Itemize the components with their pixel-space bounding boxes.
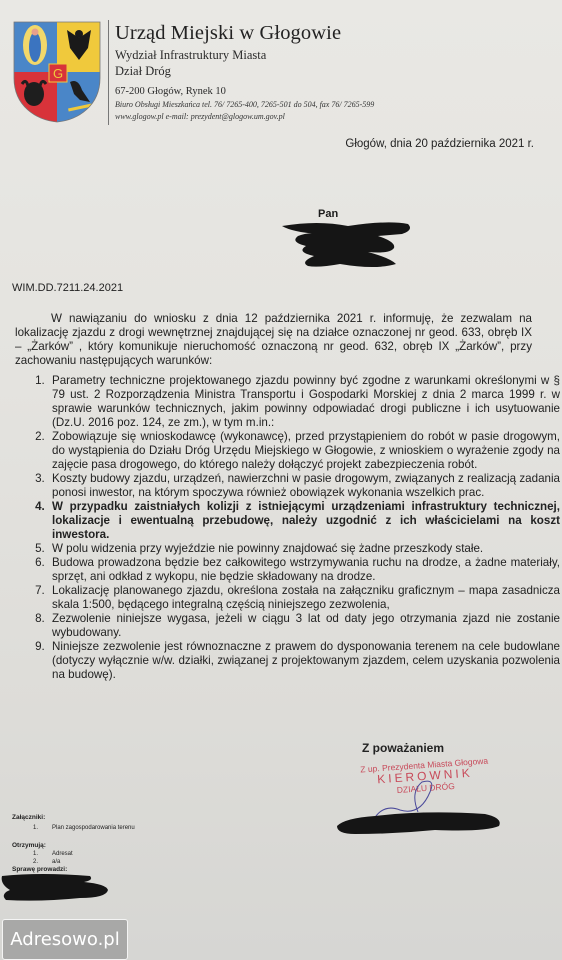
office-name: Urząd Miejski w Głogowie <box>115 22 341 45</box>
condition-item: Budowa prowadzona będzie bez całkowitego… <box>48 556 560 584</box>
header-divider <box>108 20 109 125</box>
conditions-list: Parametry techniczne projektowanego zjaz… <box>20 374 560 682</box>
handler-redaction <box>0 870 112 902</box>
division-name: Dział Dróg <box>115 64 171 79</box>
recipient-number: 2. <box>33 859 38 865</box>
department-name: Wydział Infrastruktury Miasta <box>115 48 266 63</box>
closing-phrase: Z poważaniem <box>362 741 444 755</box>
coat-of-arms-icon: G <box>12 20 102 124</box>
office-phone: Biuro Obsługi Mieszkańca tel. 76/ 7265-4… <box>115 100 374 109</box>
recipient-item: a/a <box>52 859 60 865</box>
condition-item: Parametry techniczne projektowanego zjaz… <box>48 374 560 430</box>
attachment-number: 1. <box>33 825 38 831</box>
recipients-heading: Otrzymują: <box>12 842 46 849</box>
signature-redaction <box>335 808 505 836</box>
condition-item: Niniejsze zezwolenie jest równoznaczne z… <box>48 640 560 682</box>
condition-item-bold: W przypadku zaistniałych kolizji z istni… <box>48 500 560 542</box>
recipient-item: Adresat <box>52 851 73 857</box>
attachment-item: Plan zagospodarowania terenu <box>52 825 135 831</box>
reference-number: WIM.DD.7211.24.2021 <box>12 282 123 294</box>
condition-item: Lokalizację planowanego zjazdu, określon… <box>48 584 560 612</box>
condition-item: W polu widzenia przy wyjeździe nie powin… <box>48 542 560 556</box>
condition-item: Zezwolenie niniejsze wygasa, jeżeli w ci… <box>48 612 560 640</box>
office-web: www.glogow.pl e-mail: prezydent@glogow.u… <box>115 112 285 121</box>
recipient-redaction <box>278 218 416 270</box>
document-date: Głogów, dnia 20 października 2021 r. <box>345 138 534 150</box>
watermark-badge: Adresowo.pl <box>2 919 128 960</box>
condition-item: Zobowiązuje się wnioskodawcę (wykonawcę)… <box>48 430 560 472</box>
attachments-heading: Załączniki: <box>12 814 45 821</box>
svg-text:G: G <box>53 66 63 81</box>
condition-item: Koszty budowy zjazdu, urządzeń, nawierzc… <box>48 472 560 500</box>
recipient-number: 1. <box>33 851 38 857</box>
office-address: 67-200 Głogów, Rynek 10 <box>115 86 226 97</box>
intro-paragraph: W nawiązaniu do wniosku z dnia 12 paździ… <box>15 312 532 368</box>
